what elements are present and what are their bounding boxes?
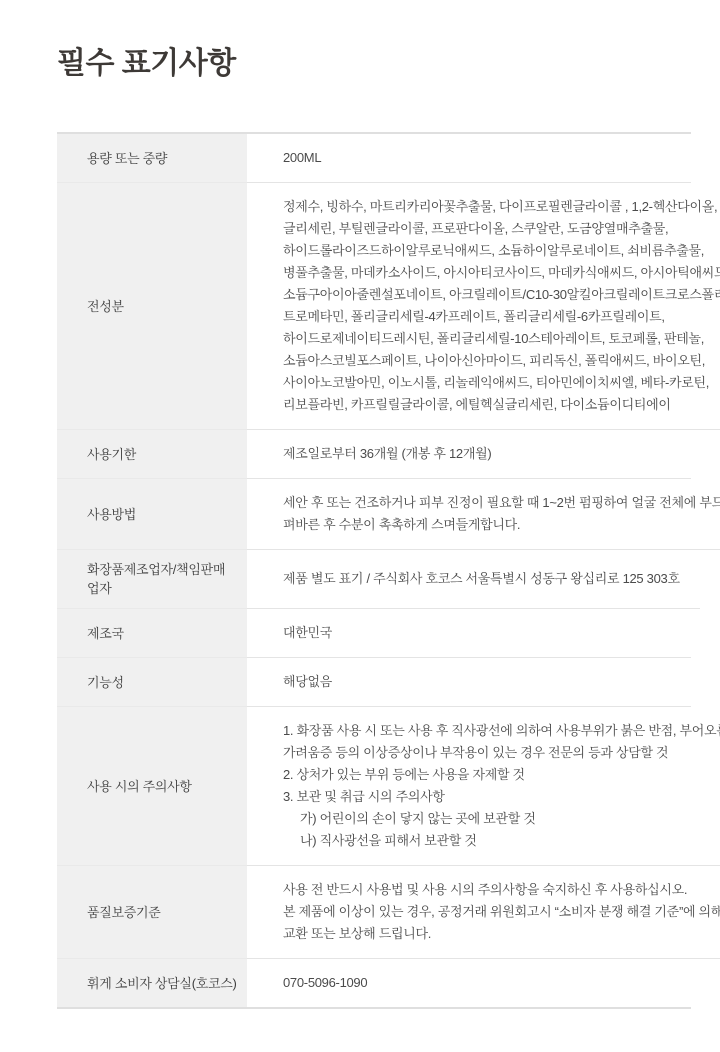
row-label: 전성분 bbox=[57, 183, 247, 430]
value-line: 070-5096-1090 bbox=[283, 972, 671, 994]
value-line: 리보플라빈, 카프릴릴글라이콜, 에틸헥실글리세린, 다이소듐이디티에이 bbox=[283, 394, 720, 416]
value-line: 사이아노코발아민, 이노시톨, 리놀레익애씨드, 티아민에이치씨엘, 베타-카로… bbox=[283, 372, 720, 394]
table-row: 제조국대한민국 bbox=[57, 609, 691, 658]
product-info-page: 필수 표기사항 용량 또는 중량200ML전성분정제수, 빙하수, 마트리카리아… bbox=[0, 0, 720, 1009]
value-line: 글리세린, 부틸렌글라이콜, 프로판다이올, 스쿠알란, 도금양열매추출물, bbox=[283, 218, 720, 240]
row-value: 세안 후 또는 건조하거나 피부 진정이 필요할 때 1~2번 펌핑하여 얼굴 … bbox=[247, 479, 720, 550]
row-value: 정제수, 빙하수, 마트리카리아꽃추출물, 다이프로필렌글라이콜 , 1,2-헥… bbox=[247, 183, 720, 430]
table-row: 품질보증기준사용 전 반드시 사용법 및 사용 시의 주의사항을 숙지하신 후 … bbox=[57, 866, 691, 959]
required-info-table: 용량 또는 중량200ML전성분정제수, 빙하수, 마트리카리아꽃추출물, 다이… bbox=[57, 132, 691, 1009]
value-line: 1. 화장품 사용 시 또는 사용 후 직사광선에 의하여 사용부위가 붉은 반… bbox=[283, 720, 720, 742]
value-line: 소듐구아이아줄렌설포네이트, 아크릴레이트/C10-30알킬아크릴레이트크로스폴… bbox=[283, 284, 720, 306]
table-row: 용량 또는 중량200ML bbox=[57, 134, 691, 183]
row-label: 제조국 bbox=[57, 609, 247, 658]
value-line: 2. 상처가 있는 부위 등에는 사용을 자제할 것 bbox=[283, 764, 720, 786]
page-title: 필수 표기사항 bbox=[57, 46, 692, 82]
row-value: 제품 별도 표기 / 주식회사 호코스 서울특별시 성동구 왕십리로 125 3… bbox=[247, 550, 700, 609]
row-label: 용량 또는 중량 bbox=[57, 134, 247, 183]
row-value: 제조일로부터 36개월 (개봉 후 12개월) bbox=[247, 430, 691, 479]
value-line: 제품 별도 표기 / 주식회사 호코스 서울특별시 성동구 왕십리로 125 3… bbox=[283, 568, 680, 590]
row-label: 사용방법 bbox=[57, 479, 247, 550]
value-line: 사용 전 반드시 사용법 및 사용 시의 주의사항을 숙지하신 후 사용하십시오… bbox=[283, 879, 720, 901]
row-value: 사용 전 반드시 사용법 및 사용 시의 주의사항을 숙지하신 후 사용하십시오… bbox=[247, 866, 720, 959]
table-row: 사용기한제조일로부터 36개월 (개봉 후 12개월) bbox=[57, 430, 691, 479]
row-value: 해당없음 bbox=[247, 658, 691, 707]
value-line: 교환 또는 보상해 드립니다. bbox=[283, 923, 720, 945]
table-row: 휘게 소비자 상담실(호코스)070-5096-1090 bbox=[57, 959, 691, 1007]
row-value: 070-5096-1090 bbox=[247, 959, 691, 1007]
value-line: 본 제품에 이상이 있는 경우, 공정거래 위원회고시 “소비자 분쟁 해결 기… bbox=[283, 901, 720, 923]
row-value: 대한민국 bbox=[247, 609, 691, 658]
row-label: 화장품제조업자/책임판매업자 bbox=[57, 550, 247, 609]
value-line: 해당없음 bbox=[283, 671, 671, 693]
value-line: 200ML bbox=[283, 147, 671, 169]
value-line: 소듐아스코빌포스페이트, 나이아신아마이드, 피리독신, 폴릭애씨드, 바이오틴… bbox=[283, 350, 720, 372]
value-line: 병풀추출물, 마데카소사이드, 아시아티코사이드, 마데카식애씨드, 아시아틱애… bbox=[283, 262, 720, 284]
row-label: 품질보증기준 bbox=[57, 866, 247, 959]
row-label: 사용 시의 주의사항 bbox=[57, 707, 247, 866]
value-line: 트로메타민, 폴리글리세릴-4카프레이트, 폴리글리세릴-6카프릴레이트, bbox=[283, 306, 720, 328]
value-line: 대한민국 bbox=[283, 622, 671, 644]
row-label: 휘게 소비자 상담실(호코스) bbox=[57, 959, 247, 1007]
row-label: 기능성 bbox=[57, 658, 247, 707]
row-label: 사용기한 bbox=[57, 430, 247, 479]
table-row: 화장품제조업자/책임판매업자제품 별도 표기 / 주식회사 호코스 서울특별시 … bbox=[57, 550, 691, 609]
value-line: 가려움증 등의 이상증상이나 부작용이 있는 경우 전문의 등과 상담할 것 bbox=[283, 742, 720, 764]
value-line: 하이드롤라이즈드하이알루로닉애씨드, 소듐하이알루로네이트, 쇠비름추출물, bbox=[283, 240, 720, 262]
value-line: 세안 후 또는 건조하거나 피부 진정이 필요할 때 1~2번 펌핑하여 얼굴 … bbox=[283, 492, 720, 514]
value-line: 하이드로제네이티드레시틴, 폴리글리세릴-10스테아레이트, 토코페롤, 판테놀… bbox=[283, 328, 720, 350]
row-value: 200ML bbox=[247, 134, 691, 183]
value-line: 제조일로부터 36개월 (개봉 후 12개월) bbox=[283, 443, 671, 465]
value-line: 펴바른 후 수분이 촉촉하게 스며들게합니다. bbox=[283, 514, 720, 536]
row-value: 1. 화장품 사용 시 또는 사용 후 직사광선에 의하여 사용부위가 붉은 반… bbox=[247, 707, 720, 866]
table-row: 기능성해당없음 bbox=[57, 658, 691, 707]
value-line: 가) 어린이의 손이 닿지 않는 곳에 보관할 것 bbox=[283, 808, 720, 830]
value-line: 3. 보관 및 취급 시의 주의사항 bbox=[283, 786, 720, 808]
value-line: 정제수, 빙하수, 마트리카리아꽃추출물, 다이프로필렌글라이콜 , 1,2-헥… bbox=[283, 196, 720, 218]
table-row: 사용방법세안 후 또는 건조하거나 피부 진정이 필요할 때 1~2번 펌핑하여… bbox=[57, 479, 691, 550]
table-row: 전성분정제수, 빙하수, 마트리카리아꽃추출물, 다이프로필렌글라이콜 , 1,… bbox=[57, 183, 691, 430]
value-line: 나) 직사광선을 피해서 보관할 것 bbox=[283, 830, 720, 852]
table-row: 사용 시의 주의사항1. 화장품 사용 시 또는 사용 후 직사광선에 의하여 … bbox=[57, 707, 691, 866]
